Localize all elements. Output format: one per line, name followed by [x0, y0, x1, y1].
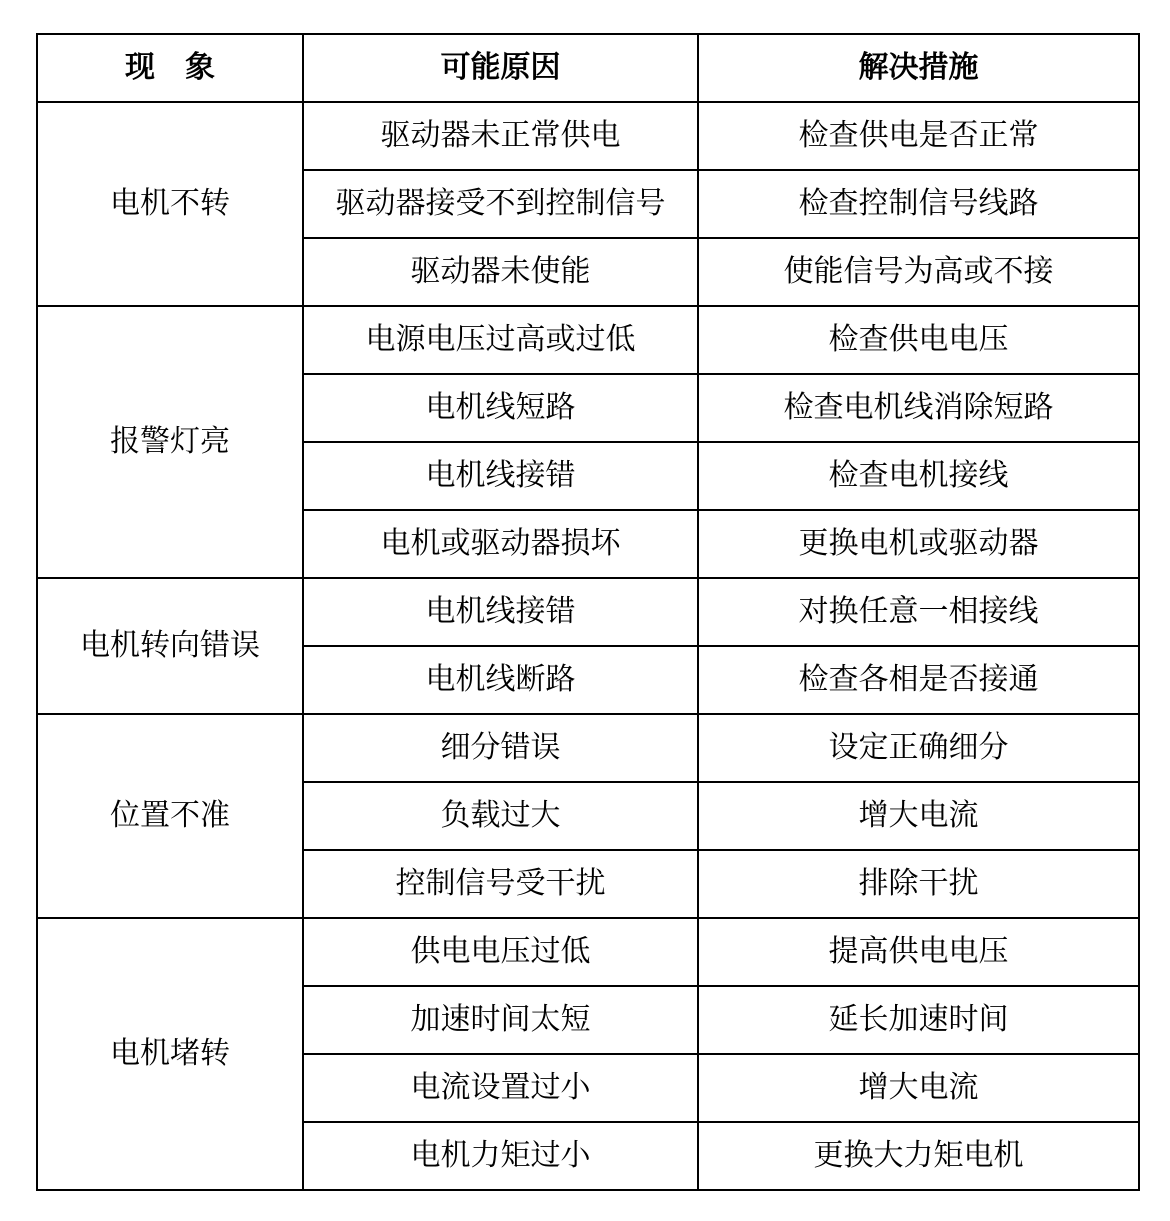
cause-cell: 电机线断路	[303, 646, 698, 714]
solution-cell: 检查电机接线	[698, 442, 1139, 510]
cause-cell: 供电电压过低	[303, 918, 698, 986]
cause-cell: 电机线接错	[303, 442, 698, 510]
cause-cell: 电机或驱动器损坏	[303, 510, 698, 578]
cause-cell: 电机线接错	[303, 578, 698, 646]
header-row: 现 象 可能原因 解决措施	[37, 34, 1139, 102]
cause-cell: 负载过大	[303, 782, 698, 850]
cause-cell: 驱动器未正常供电	[303, 102, 698, 170]
cause-cell: 电机力矩过小	[303, 1122, 698, 1190]
solution-cell: 检查电机线消除短路	[698, 374, 1139, 442]
cause-cell: 驱动器未使能	[303, 238, 698, 306]
cause-cell: 加速时间太短	[303, 986, 698, 1054]
table-row: 电机堵转 供电电压过低 提高供电电压	[37, 918, 1139, 986]
phenomenon-cell-motor-not-rotating: 电机不转	[37, 102, 303, 306]
header-cause: 可能原因	[303, 34, 698, 102]
solution-cell: 设定正确细分	[698, 714, 1139, 782]
troubleshooting-table: 现 象 可能原因 解决措施 电机不转 驱动器未正常供电 检查供电是否正常 驱动器…	[36, 33, 1140, 1191]
solution-cell: 延长加速时间	[698, 986, 1139, 1054]
cause-cell: 电机线短路	[303, 374, 698, 442]
solution-cell: 更换大力矩电机	[698, 1122, 1139, 1190]
phenomenon-cell-alarm-light-on: 报警灯亮	[37, 306, 303, 578]
cause-cell: 驱动器接受不到控制信号	[303, 170, 698, 238]
solution-cell: 对换任意一相接线	[698, 578, 1139, 646]
cause-cell: 电源电压过高或过低	[303, 306, 698, 374]
cause-cell: 细分错误	[303, 714, 698, 782]
solution-cell: 检查供电电压	[698, 306, 1139, 374]
phenomenon-cell-motor-stall: 电机堵转	[37, 918, 303, 1190]
table-row: 位置不准 细分错误 设定正确细分	[37, 714, 1139, 782]
table-row: 电机不转 驱动器未正常供电 检查供电是否正常	[37, 102, 1139, 170]
header-phenomenon: 现 象	[37, 34, 303, 102]
solution-cell: 更换电机或驱动器	[698, 510, 1139, 578]
phenomenon-cell-inaccurate-position: 位置不准	[37, 714, 303, 918]
solution-cell: 提高供电电压	[698, 918, 1139, 986]
table-row: 电机转向错误 电机线接错 对换任意一相接线	[37, 578, 1139, 646]
cause-cell: 控制信号受干扰	[303, 850, 698, 918]
solution-cell: 检查供电是否正常	[698, 102, 1139, 170]
phenomenon-cell-wrong-direction: 电机转向错误	[37, 578, 303, 714]
cause-cell: 电流设置过小	[303, 1054, 698, 1122]
solution-cell: 增大电流	[698, 782, 1139, 850]
table-row: 报警灯亮 电源电压过高或过低 检查供电电压	[37, 306, 1139, 374]
solution-cell: 排除干扰	[698, 850, 1139, 918]
solution-cell: 增大电流	[698, 1054, 1139, 1122]
header-solution: 解决措施	[698, 34, 1139, 102]
solution-cell: 检查控制信号线路	[698, 170, 1139, 238]
solution-cell: 检查各相是否接通	[698, 646, 1139, 714]
solution-cell: 使能信号为高或不接	[698, 238, 1139, 306]
